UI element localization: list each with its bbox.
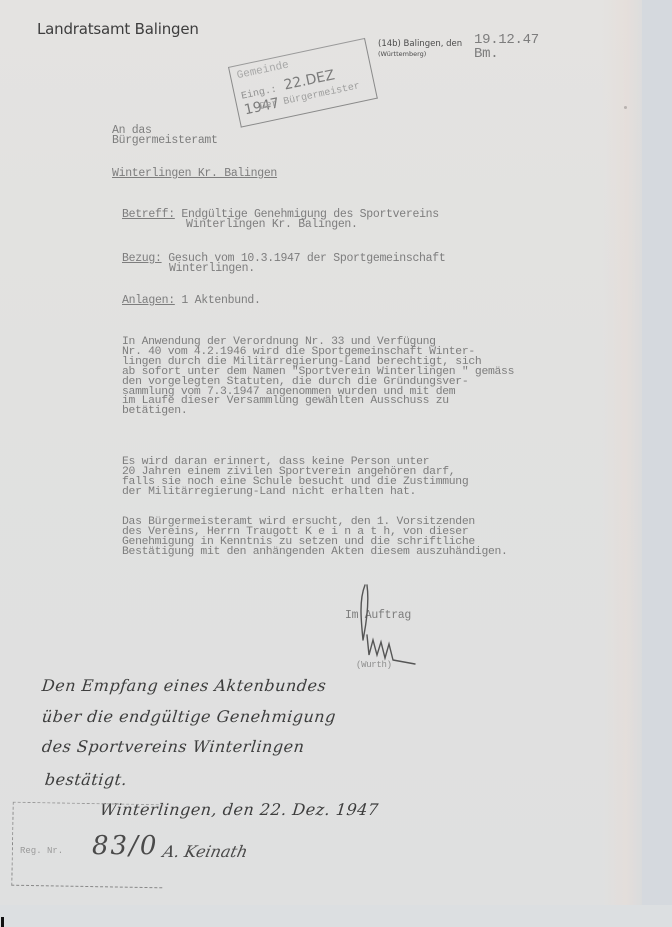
enclosures-field: Anlagen: 1 Aktenbund. bbox=[122, 296, 261, 306]
received-stamp: Gemeinde Eing.:22.DEZ 1947 Der Bürgermei… bbox=[228, 38, 378, 128]
letter-date: 19.12.47 bbox=[474, 33, 539, 47]
handwritten-line-1: Den Empfang eines Aktenbundes bbox=[41, 676, 327, 695]
handwritten-line-2: über die endgültige Genehmigung bbox=[41, 707, 337, 726]
letterhead: Landratsamt Balingen bbox=[37, 20, 199, 38]
reference-code: Bm. bbox=[474, 47, 539, 61]
handwritten-line-3: des Sportvereins Winterlingen bbox=[41, 737, 305, 756]
address-block: An das Bürgermeisteramt bbox=[112, 126, 218, 146]
signatory-name: (Wurth) bbox=[356, 660, 392, 670]
subject-label: Betreff: bbox=[122, 208, 175, 221]
enclosures-value: 1 Aktenbund. bbox=[181, 294, 260, 307]
recipient: Winterlingen Kr. Balingen bbox=[112, 167, 277, 180]
paper-speck bbox=[624, 106, 627, 109]
body-paragraph-3: Das Bürgermeisteramt wird ersucht, den 1… bbox=[122, 518, 508, 558]
reference-field: Bezug: Gesuch vom 10.3.1947 der Sportgem… bbox=[122, 254, 445, 274]
scan-margin-bottom bbox=[0, 905, 672, 927]
scan-margin-right bbox=[642, 0, 672, 927]
register-label: Reg. Nr. bbox=[20, 846, 63, 856]
place-text: (14b) Balingen, den bbox=[378, 39, 462, 49]
handwritten-line-4: bestätigt. bbox=[44, 770, 128, 789]
address-line-2: Bürgermeisteramt bbox=[112, 136, 218, 146]
scanned-letter-page: Landratsamt Balingen (14b) Balingen, den… bbox=[0, 0, 642, 905]
letter-date-block: 19.12.47 Bm. bbox=[474, 33, 539, 61]
subject-field: Betreff: Endgültige Genehmigung des Spor… bbox=[122, 210, 439, 230]
recipient-signature: A. Keinath bbox=[161, 842, 249, 861]
body-paragraph-1: In Anwendung der Verordnung Nr. 33 und V… bbox=[122, 338, 514, 417]
place-line: (14b) Balingen, den (Württemberg) bbox=[378, 39, 462, 59]
subject-line-2: Winterlingen Kr. Balingen. bbox=[122, 220, 439, 230]
register-number: 83/0 bbox=[92, 831, 158, 861]
reference-line-2: Winterlingen. bbox=[122, 264, 445, 274]
reference-label: Bezug: bbox=[122, 252, 162, 265]
enclosures-label: Anlagen: bbox=[122, 294, 175, 307]
place-subtext: (Württemberg) bbox=[378, 49, 462, 59]
body-paragraph-2: Es wird daran erinnert, dass keine Perso… bbox=[122, 458, 468, 498]
text-cursor bbox=[1, 917, 4, 927]
